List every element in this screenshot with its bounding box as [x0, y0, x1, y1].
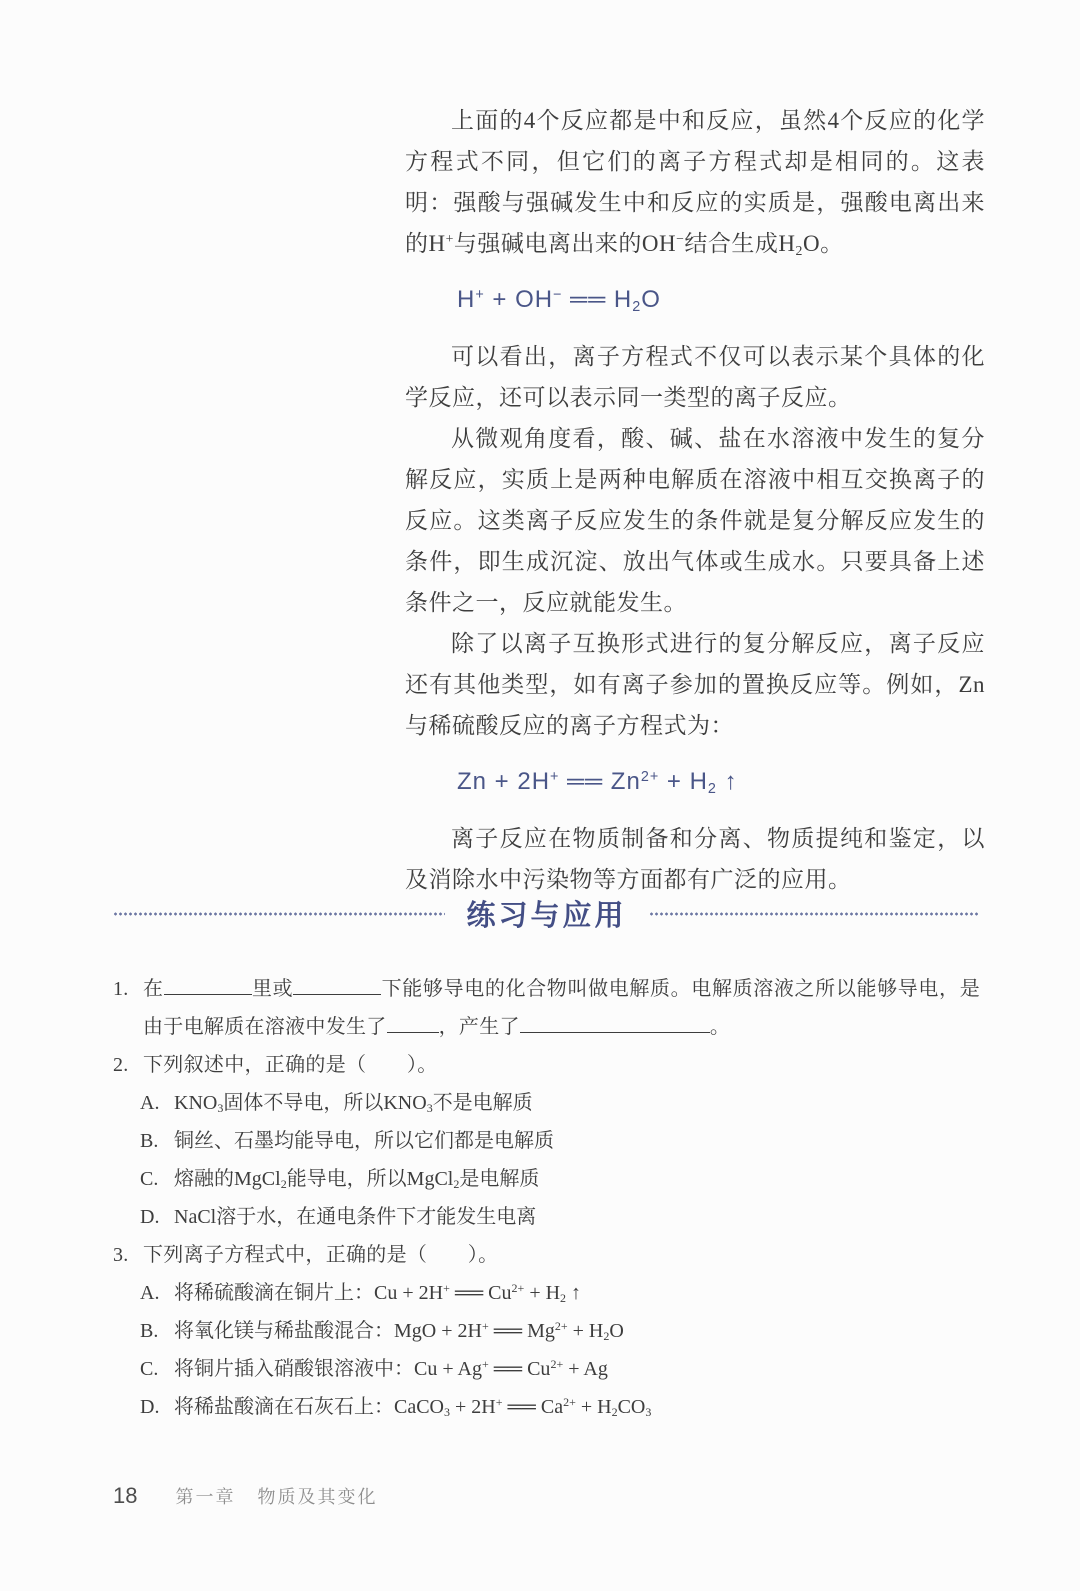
option-label: C. [140, 1160, 158, 1198]
question-3-number: 3. [113, 1236, 129, 1274]
textbook-page: 上面的4个反应都是中和反应，虽然4个反应的化学方程式不同，但它们的离子方程式却是… [0, 0, 1080, 1591]
question-2-stem: 下列叙述中，正确的是（ ）。 [143, 1054, 438, 1076]
paragraph-other-reaction-types: 除了以离子互换形式进行的复分解反应，离子反应还有其他类型，如有离子参加的置换反应… [405, 623, 985, 746]
page-number: 18 [113, 1483, 137, 1509]
paragraph-applications: 离子反应在物质制备和分离、物质提纯和鉴定，以及消除水中污染物等方面都有广泛的应用… [405, 818, 985, 900]
question-3-option-d: D. 将稀盐酸滴在石灰石上：CaCO3 + 2H+ ══ Ca2+ + H2CO… [140, 1388, 980, 1426]
fill-in-blank [387, 1031, 439, 1033]
option-label: D. [140, 1198, 159, 1236]
question-3-option-a: A. 将稀硫酸滴在铜片上：Cu + 2H+ ══ Cu2+ + H2 ↑ [140, 1274, 980, 1312]
option-text: 将氧化镁与稀盐酸混合：MgO + 2H+ ══ Mg2+ + H2O [174, 1320, 624, 1342]
paragraph-microscopic-view: 从微观角度看，酸、碱、盐在水溶液中发生的复分解反应，实质上是两种电解质在溶液中相… [405, 418, 985, 623]
fill-in-blank [520, 1031, 710, 1033]
fill-in-blank [293, 993, 381, 995]
option-text: 将稀硫酸滴在铜片上：Cu + 2H+ ══ Cu2+ + H2 ↑ [174, 1282, 581, 1304]
equation-neutralization: H+ + OH− ══ H2O [457, 280, 985, 320]
section-header: 练习与应用 [113, 893, 980, 934]
question-2-number: 2. [113, 1046, 129, 1084]
chapter-section-title: 物质及其变化 [257, 1483, 377, 1509]
option-text: 将稀盐酸滴在石灰石上：CaCO3 + 2H+ ══ Ca2+ + H2CO3 [174, 1396, 651, 1418]
page-footer: 18 第一章 物质及其变化 [113, 1483, 377, 1509]
section-title: 练习与应用 [467, 893, 627, 934]
question-1-text: 在里或下能够导电的化合物叫做电解质。电解质溶液之所以能够导电，是由于电解质在溶液… [143, 978, 980, 1038]
option-label: B. [140, 1122, 158, 1160]
option-label: B. [140, 1312, 158, 1350]
body-text-section: 上面的4个反应都是中和反应，虽然4个反应的化学方程式不同，但它们的离子方程式却是… [405, 100, 985, 900]
question-3-option-c: C. 将铜片插入硝酸银溶液中：Cu + Ag+ ══ Cu2+ + Ag [140, 1350, 980, 1388]
question-3-stem: 下列离子方程式中，正确的是（ ）。 [143, 1244, 498, 1266]
option-label: D. [140, 1388, 159, 1426]
option-text: 将铜片插入硝酸银溶液中：Cu + Ag+ ══ Cu2+ + Ag [174, 1358, 608, 1380]
equation-zinc-acid: Zn + 2H+ ══ Zn2+ + H2 ↑ [457, 762, 985, 802]
question-2-option-a: A. KNO3固体不导电，所以KNO3不是电解质 [140, 1084, 980, 1122]
exercises-section: 练习与应用 1. 在里或下能够导电的化合物叫做电解质。电解质溶液之所以能够导电，… [113, 893, 980, 1426]
option-text: KNO3固体不导电，所以KNO3不是电解质 [174, 1092, 533, 1114]
chapter-title: 第一章 [175, 1483, 235, 1509]
dotted-divider-left [113, 912, 445, 916]
dotted-divider-right [649, 912, 981, 916]
question-3-option-b: B. 将氧化镁与稀盐酸混合：MgO + 2H+ ══ Mg2+ + H2O [140, 1312, 980, 1350]
option-label: A. [140, 1084, 159, 1122]
option-label: C. [140, 1350, 158, 1388]
option-label: A. [140, 1274, 159, 1312]
paragraph-neutralization-essence: 上面的4个反应都是中和反应，虽然4个反应的化学方程式不同，但它们的离子方程式却是… [405, 100, 985, 264]
question-3: 3. 下列离子方程式中，正确的是（ ）。 [113, 1236, 980, 1274]
option-text: NaCl溶于水，在通电条件下才能发生电离 [174, 1206, 536, 1228]
question-2: 2. 下列叙述中，正确的是（ ）。 [113, 1046, 980, 1084]
fill-in-blank [164, 993, 252, 995]
question-1: 1. 在里或下能够导电的化合物叫做电解质。电解质溶液之所以能够导电，是由于电解质… [113, 970, 980, 1046]
paragraph-ionic-equation-meaning: 可以看出，离子方程式不仅可以表示某个具体的化学反应，还可以表示同一类型的离子反应… [405, 336, 985, 418]
option-text: 铜丝、石墨均能导电，所以它们都是电解质 [174, 1130, 554, 1152]
question-2-option-d: D. NaCl溶于水，在通电条件下才能发生电离 [140, 1198, 980, 1236]
question-2-option-b: B. 铜丝、石墨均能导电，所以它们都是电解质 [140, 1122, 980, 1160]
question-1-number: 1. [113, 970, 129, 1008]
question-2-option-c: C. 熔融的MgCl2能导电，所以MgCl2是电解质 [140, 1160, 980, 1198]
option-text: 熔融的MgCl2能导电，所以MgCl2是电解质 [174, 1168, 539, 1190]
